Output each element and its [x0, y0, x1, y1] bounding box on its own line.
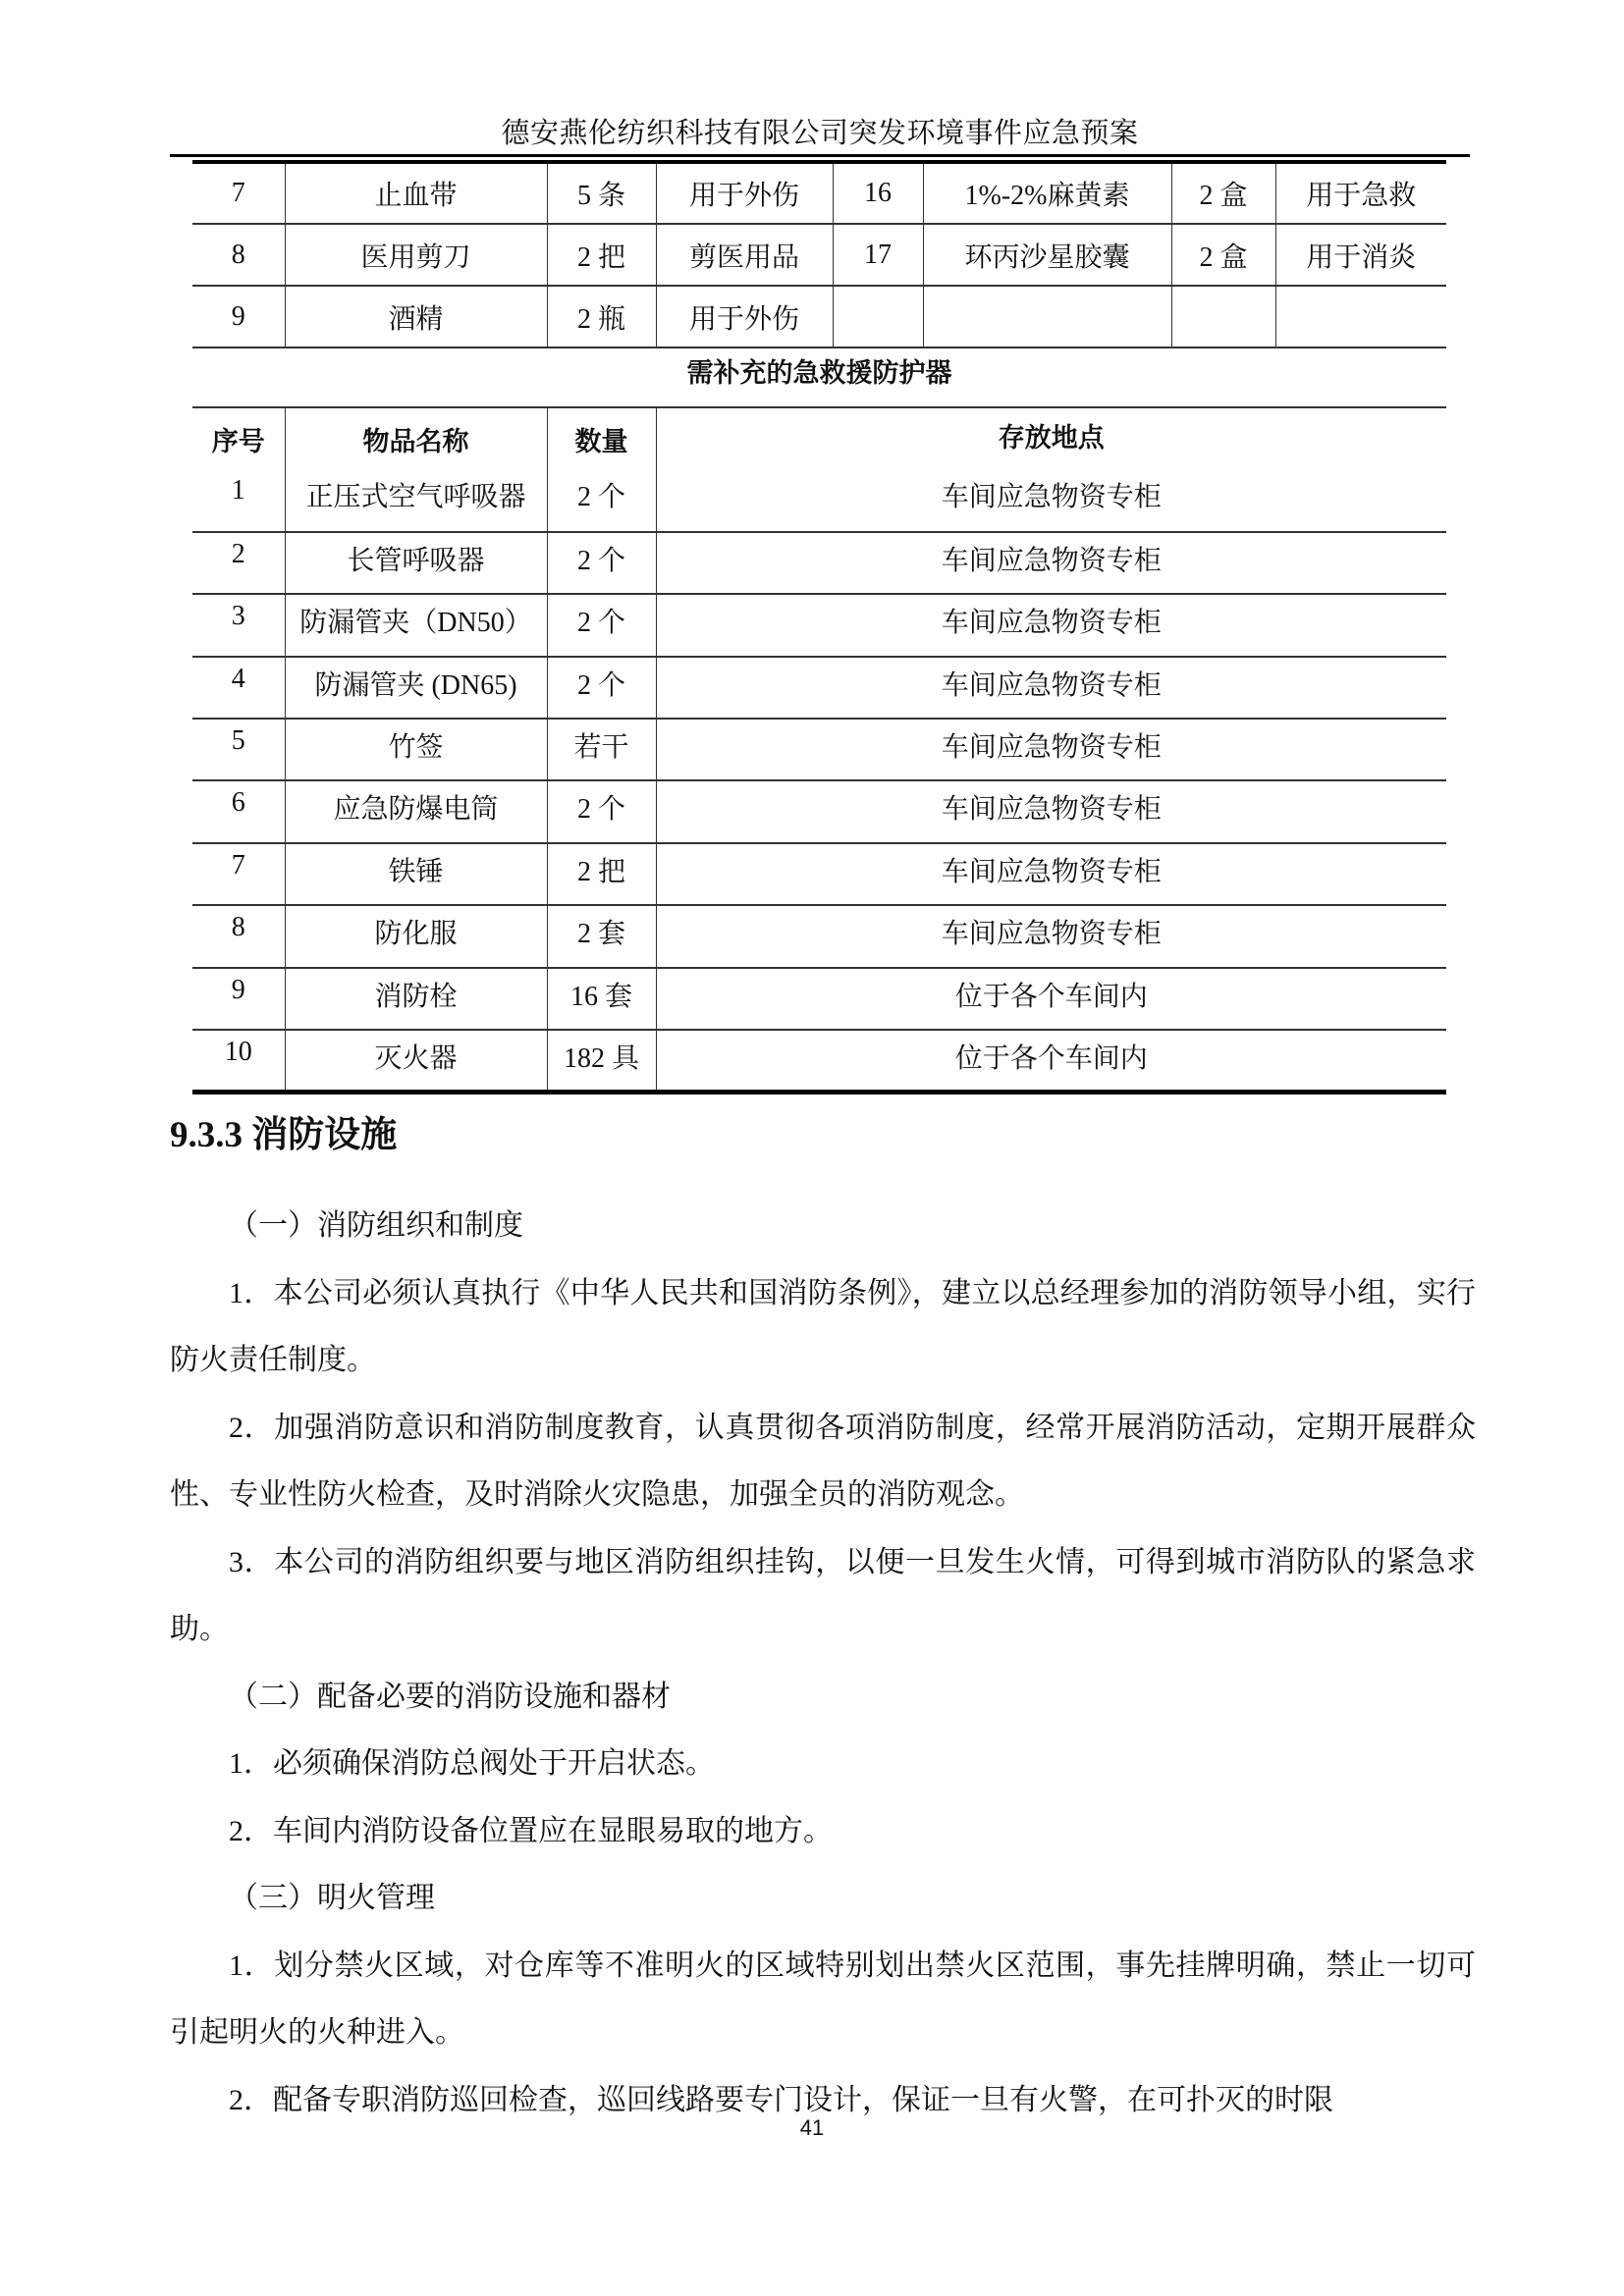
- table-cell: 7: [192, 162, 285, 224]
- table-cell: 2 盒: [1171, 224, 1275, 286]
- table-cell: 防化服: [285, 905, 547, 967]
- table-cell: 车间应急物资专柜: [656, 780, 1446, 842]
- table-title: 需补充的急救援防护器: [192, 353, 1446, 393]
- table-cell: [923, 286, 1171, 347]
- paragraph: 1．划分禁火区域，对仓库等不准明火的区域特别划出禁火区范围，事先挂牌明确，禁止一…: [170, 1933, 1476, 2067]
- table-row: 1正压式空气呼吸器2 个车间应急物资专柜: [192, 469, 1446, 531]
- table-cell: 车间应急物资专柜: [656, 719, 1446, 780]
- table-row: 4防漏管夹 (DN65)2 个车间应急物资专柜: [192, 657, 1446, 719]
- table-row: 5竹签若干车间应急物资专柜: [192, 719, 1446, 780]
- paragraph: 2．车间内消防设备位置应在显眼易取的地方。: [170, 1798, 1476, 1866]
- protective-equipment-table: 序号 物品名称 数量 存放地点 1正压式空气呼吸器2 个车间应急物资专柜2长管呼…: [192, 406, 1446, 1095]
- table-cell: 1: [192, 469, 285, 531]
- table-cell: 车间应急物资专柜: [656, 843, 1446, 905]
- table-cell: 防漏管夹（DN50）: [285, 594, 547, 656]
- header-quantity: 数量: [547, 407, 656, 469]
- first-aid-supplies-table: 7止血带5 条用于外伤161%-2%麻黄素2 盒用于急救8医用剪刀2 把剪医用品…: [192, 160, 1446, 348]
- table-cell: [833, 286, 923, 347]
- table-cell: 9: [192, 286, 285, 347]
- table-row: 9消防栓16 套位于各个车间内: [192, 968, 1446, 1030]
- table-row: 7止血带5 条用于外伤161%-2%麻黄素2 盒用于急救: [192, 162, 1446, 224]
- table-cell: 长管呼吸器: [285, 532, 547, 594]
- table-cell: 4: [192, 657, 285, 719]
- table-cell: 剪医用品: [656, 224, 833, 286]
- table-cell: [1275, 286, 1446, 347]
- table-row: 8防化服2 套车间应急物资专柜: [192, 905, 1446, 967]
- table-cell: 灭火器: [285, 1030, 547, 1092]
- table-cell: 消防栓: [285, 968, 547, 1030]
- table-cell: 2 个: [547, 780, 656, 842]
- table-cell: 8: [192, 905, 285, 967]
- table-cell: 应急防爆电筒: [285, 780, 547, 842]
- header-item-name: 物品名称: [285, 407, 547, 469]
- table-cell: 2 个: [547, 594, 656, 656]
- subsection-heading: （二）配备必要的消防设施和器材: [170, 1664, 1476, 1732]
- table-cell: 若干: [547, 719, 656, 780]
- table-cell: 位于各个车间内: [656, 1030, 1446, 1092]
- table-cell: 7: [192, 843, 285, 905]
- table-cell: 2 套: [547, 905, 656, 967]
- table-cell: 8: [192, 224, 285, 286]
- paragraph: 1．必须确保消防总阀处于开启状态。: [170, 1731, 1476, 1798]
- table-row: 10灭火器182 具位于各个车间内: [192, 1030, 1446, 1092]
- table-cell: 止血带: [285, 162, 547, 224]
- paragraph: 2．加强消防意识和消防制度教育，认真贯彻各项消防制度，经常开展消防活动，定期开展…: [170, 1395, 1476, 1529]
- table-cell: 16 套: [547, 968, 656, 1030]
- table-header-row: 序号 物品名称 数量 存放地点: [192, 407, 1446, 469]
- subsection-heading: （一）消防组织和制度: [170, 1193, 1476, 1260]
- section-heading: 9.3.3 消防设施: [170, 1112, 397, 1159]
- table-cell: 竹签: [285, 719, 547, 780]
- table-cell: 位于各个车间内: [656, 968, 1446, 1030]
- table-cell: 用于外伤: [656, 286, 833, 347]
- table-cell: 10: [192, 1030, 285, 1092]
- table-cell: 1%-2%麻黄素: [923, 162, 1171, 224]
- table-row: 7铁锤2 把车间应急物资专柜: [192, 843, 1446, 905]
- paragraph: 3．本公司的消防组织要与地区消防组织挂钩，以便一旦发生火情，可得到城市消防队的紧…: [170, 1529, 1476, 1664]
- page-number: 41: [0, 2115, 1624, 2141]
- section-body: （一）消防组织和制度1．本公司必须认真执行《中华人民共和国消防条例》，建立以总经…: [170, 1193, 1476, 2134]
- table-cell: 5: [192, 719, 285, 780]
- table-cell: 16: [833, 162, 923, 224]
- subsection-heading: （三）明火管理: [170, 1865, 1476, 1933]
- table-cell: 182 具: [547, 1030, 656, 1092]
- table-cell: 正压式空气呼吸器: [285, 469, 547, 531]
- header-rule: [170, 154, 1470, 157]
- paragraph: 1．本公司必须认真执行《中华人民共和国消防条例》，建立以总经理参加的消防领导小组…: [170, 1260, 1476, 1395]
- page-header: 德安燕伦纺织科技有限公司突发环境事件应急预案: [170, 116, 1470, 151]
- table-cell: 车间应急物资专柜: [656, 905, 1446, 967]
- table-cell: 用于消炎: [1275, 224, 1446, 286]
- table-cell: 车间应急物资专柜: [656, 594, 1446, 656]
- table-cell: 2 盒: [1171, 162, 1275, 224]
- table-cell: 2 个: [547, 469, 656, 531]
- table-cell: 2 个: [547, 532, 656, 594]
- table-row: 6应急防爆电筒2 个车间应急物资专柜: [192, 780, 1446, 842]
- table-row: 2长管呼吸器2 个车间应急物资专柜: [192, 532, 1446, 594]
- table-cell: 车间应急物资专柜: [656, 657, 1446, 719]
- header-location: 存放地点: [656, 407, 1446, 469]
- table-cell: 车间应急物资专柜: [656, 469, 1446, 531]
- table-cell: 2 个: [547, 657, 656, 719]
- table-row: 8医用剪刀2 把剪医用品17环丙沙星胶囊2 盒用于消炎: [192, 224, 1446, 286]
- table-cell: 3: [192, 594, 285, 656]
- table-cell: 环丙沙星胶囊: [923, 224, 1171, 286]
- table-cell: 车间应急物资专柜: [656, 532, 1446, 594]
- header-index: 序号: [192, 407, 285, 469]
- table-cell: 酒精: [285, 286, 547, 347]
- table-cell: 6: [192, 780, 285, 842]
- table-cell: 医用剪刀: [285, 224, 547, 286]
- table-cell: 铁锤: [285, 843, 547, 905]
- table-row: 9酒精2 瓶用于外伤: [192, 286, 1446, 347]
- table-cell: 17: [833, 224, 923, 286]
- table-cell: 9: [192, 968, 285, 1030]
- table-cell: 5 条: [547, 162, 656, 224]
- table-cell: [1171, 286, 1275, 347]
- table-cell: 防漏管夹 (DN65): [285, 657, 547, 719]
- table-cell: 用于急救: [1275, 162, 1446, 224]
- table-cell: 2 把: [547, 843, 656, 905]
- table-cell: 2: [192, 532, 285, 594]
- table-cell: 2 瓶: [547, 286, 656, 347]
- table-cell: 2 把: [547, 224, 656, 286]
- table-row: 3防漏管夹（DN50）2 个车间应急物资专柜: [192, 594, 1446, 656]
- table-cell: 用于外伤: [656, 162, 833, 224]
